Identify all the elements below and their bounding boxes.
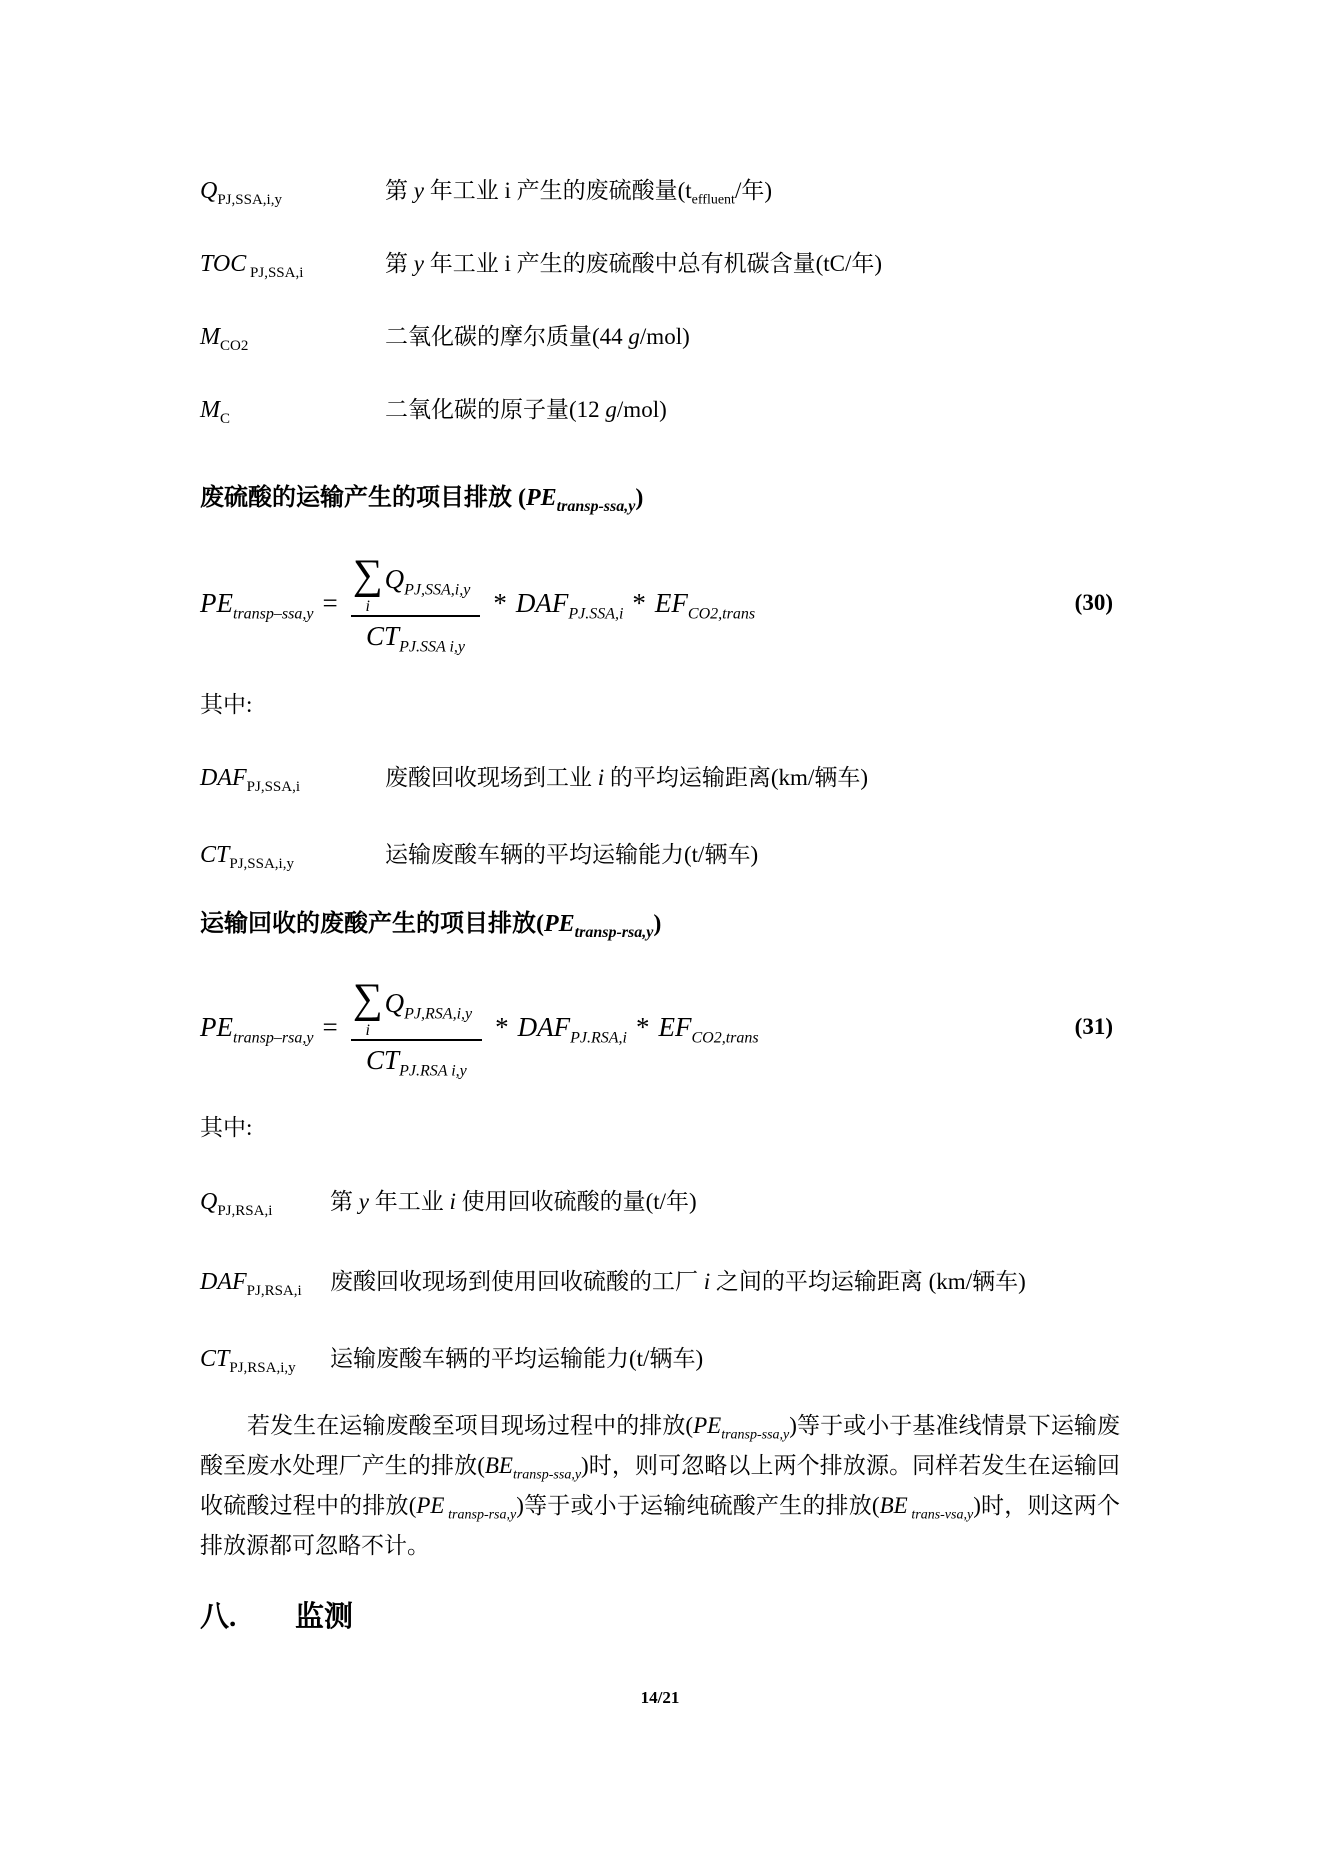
italic-run: i bbox=[598, 765, 604, 790]
sigma-symbol: ∑ bbox=[353, 554, 383, 596]
section-number: 八. bbox=[200, 1598, 295, 1636]
italic-run: g bbox=[605, 397, 617, 422]
denominator-symbol: CT bbox=[366, 621, 399, 651]
definition-row: DAFPJ,RSA,i 废酸回收现场到使用回收硫酸的工厂 i 之间的平均运输距离… bbox=[200, 1263, 1120, 1301]
term-subscript: PJ,RSA,i bbox=[247, 1283, 302, 1299]
section-title: 监测 bbox=[295, 1598, 353, 1636]
definition-row: TOC PJ,SSA,i 第 y 年工业 i 产生的废硫酸中总有机碳含量(tC/… bbox=[200, 249, 1120, 279]
heading-pe-transp-ssa: 废硫酸的运输产生的项目排放 (PEtransp-ssa,y) bbox=[200, 482, 1120, 514]
italic-run: i bbox=[704, 1269, 710, 1294]
term-symbol: M bbox=[200, 324, 220, 350]
fraction-denominator: CTPJ.SSA i,y bbox=[366, 617, 465, 652]
definition-term: MCO2 bbox=[200, 322, 385, 352]
definition-term: CTPJ,SSA,i,y bbox=[200, 840, 385, 870]
inline-math: PEtransp-ssa,y bbox=[693, 1413, 789, 1438]
denominator-subscript: PJ.RSA i,y bbox=[399, 1062, 467, 1079]
factor-ef: EFCO2,trans bbox=[655, 588, 755, 619]
definition-description: 第 y 年工业 i 产生的废硫酸中总有机碳含量(tC/年) bbox=[385, 249, 1120, 279]
numerator-symbol: Q bbox=[385, 988, 405, 1018]
definition-term: QPJ,RSA,i bbox=[200, 1187, 330, 1217]
definition-term: QPJ,SSA,i,y bbox=[200, 176, 385, 206]
inline-math: PEtransp-rsa,y bbox=[544, 911, 653, 937]
definition-term: CTPJ,RSA,i,y bbox=[200, 1344, 330, 1374]
term-symbol: Q bbox=[200, 178, 217, 204]
equals-sign: = bbox=[322, 588, 337, 619]
sigma-index: i bbox=[365, 1023, 369, 1039]
factor-symbol: DAF bbox=[516, 588, 568, 618]
document-page-body: { "document": { "footer_page_number": "1… bbox=[0, 0, 1323, 1871]
definition-term: DAFPJ,RSA,i bbox=[200, 1263, 330, 1301]
factor-subscript: CO2,trans bbox=[691, 1029, 758, 1046]
definition-row: CTPJ,RSA,i,y 运输废酸车辆的平均运输能力(t/辆车) bbox=[200, 1344, 1120, 1374]
italic-run: y bbox=[359, 1189, 369, 1214]
term-symbol: DAF bbox=[200, 1269, 247, 1295]
definition-description: 运输废酸车辆的平均运输能力(t/辆车) bbox=[385, 840, 1120, 870]
italic-run: y bbox=[414, 178, 424, 203]
lhs-subscript: transp–rsa,y bbox=[233, 1029, 313, 1046]
lhs-subscript: transp–ssa,y bbox=[233, 605, 313, 622]
definition-row: MCO2 二氧化碳的摩尔质量(44 g/mol) bbox=[200, 322, 1120, 352]
equation-lhs: PEtransp–ssa,y bbox=[200, 588, 313, 619]
sigma-symbol: ∑ bbox=[353, 978, 383, 1020]
summation: ∑ i bbox=[353, 554, 383, 615]
equation-number: (31) bbox=[1075, 1014, 1113, 1040]
term-symbol: TOC bbox=[200, 251, 246, 277]
multiplication-sign: * bbox=[636, 1012, 650, 1043]
term-subscript: CO2 bbox=[220, 338, 248, 354]
factor-ef: EFCO2,trans bbox=[658, 1012, 758, 1043]
term-subscript: PJ,RSA,i bbox=[217, 1203, 272, 1219]
italic-run: i bbox=[449, 1189, 455, 1214]
term-symbol: DAF bbox=[200, 765, 247, 791]
multiplication-sign: * bbox=[632, 588, 646, 619]
definition-description: 二氧化碳的原子量(12 g/mol) bbox=[385, 395, 1120, 425]
equation-30: PEtransp–ssa,y = ∑ i QPJ,SSA,i,y CTPJ.SS… bbox=[200, 554, 1120, 652]
multiplication-sign: * bbox=[493, 588, 507, 619]
term-symbol: CT bbox=[200, 842, 229, 868]
factor-subscript: CO2,trans bbox=[688, 605, 755, 622]
equation-lhs: PEtransp–rsa,y bbox=[200, 1012, 313, 1043]
term-subscript: PJ,SSA,i bbox=[246, 265, 303, 281]
inline-math: PE transp-rsa,y bbox=[416, 1493, 516, 1518]
term-subscript: C bbox=[220, 411, 230, 427]
wherein-label: 其中: bbox=[200, 690, 1120, 720]
term-subscript: PJ,RSA,i,y bbox=[229, 1360, 295, 1376]
lhs-symbol: PE bbox=[200, 1012, 233, 1042]
factor-symbol: EF bbox=[655, 588, 688, 618]
numerator-symbol: Q bbox=[385, 564, 405, 594]
note-paragraph: 若发生在运输废酸至项目现场过程中的排放(PEtransp-ssa,y)等于或小于… bbox=[200, 1406, 1120, 1566]
denominator-symbol: CT bbox=[366, 1045, 399, 1075]
definition-term: MC bbox=[200, 395, 385, 425]
term-symbol: Q bbox=[200, 1189, 217, 1215]
fraction: ∑ i QPJ,RSA,i,y CTPJ.RSA i,y bbox=[351, 978, 482, 1076]
factor-symbol: DAF bbox=[518, 1012, 570, 1042]
definition-row: MC 二氧化碳的原子量(12 g/mol) bbox=[200, 395, 1120, 425]
definition-term: TOC PJ,SSA,i bbox=[200, 249, 385, 279]
factor-daf: DAFPJ.SSA,i bbox=[516, 588, 624, 619]
term-subscript: PJ,SSA,i,y bbox=[229, 856, 294, 872]
summation: ∑ i bbox=[353, 978, 383, 1039]
equation-31-body: PEtransp–rsa,y = ∑ i QPJ,RSA,i,y CTPJ.RS… bbox=[200, 978, 759, 1076]
inline-math: PEtransp-ssa,y bbox=[526, 485, 635, 511]
definition-description: 二氧化碳的摩尔质量(44 g/mol) bbox=[385, 322, 1120, 352]
equals-sign: = bbox=[322, 1012, 337, 1043]
definition-row: QPJ,SSA,i,y 第 y 年工业 i 产生的废硫酸量(teffluent/… bbox=[200, 176, 1120, 206]
fraction-numerator: ∑ i QPJ,SSA,i,y bbox=[351, 554, 481, 617]
definition-row: DAFPJ,SSA,i 废酸回收现场到工业 i 的平均运输距离(km/辆车) bbox=[200, 763, 1120, 793]
denominator-subscript: PJ.SSA i,y bbox=[399, 638, 465, 655]
sigma-index: i bbox=[365, 599, 369, 615]
equation-number: (30) bbox=[1075, 590, 1113, 616]
factor-daf: DAFPJ.RSA,i bbox=[518, 1012, 627, 1043]
denominator-variable: CTPJ.RSA i,y bbox=[366, 1045, 467, 1075]
numerator-variable: QPJ,RSA,i,y bbox=[385, 988, 472, 1019]
section-heading-monitoring: 八. 监测 bbox=[200, 1598, 1120, 1636]
factor-subscript: PJ.RSA,i bbox=[570, 1029, 627, 1046]
italic-run: y bbox=[414, 251, 424, 276]
definition-term: DAFPJ,SSA,i bbox=[200, 763, 385, 793]
definition-description: 第 y 年工业 i 产生的废硫酸量(teffluent/年) bbox=[385, 176, 1120, 206]
fraction-denominator: CTPJ.RSA i,y bbox=[366, 1041, 467, 1076]
denominator-variable: CTPJ.SSA i,y bbox=[366, 621, 465, 651]
numerator-variable: QPJ,SSA,i,y bbox=[385, 564, 471, 595]
term-symbol: CT bbox=[200, 1346, 229, 1372]
inline-math: BEtransp-ssa,y bbox=[485, 1453, 581, 1478]
equation-30-body: PEtransp–ssa,y = ∑ i QPJ,SSA,i,y CTPJ.SS… bbox=[200, 554, 755, 652]
subscript-run: effluent bbox=[692, 193, 735, 208]
term-subscript: PJ,SSA,i bbox=[247, 779, 300, 795]
lhs-symbol: PE bbox=[200, 588, 233, 618]
definition-row: QPJ,RSA,i 第 y 年工业 i 使用回收硫酸的量(t/年) bbox=[200, 1187, 1120, 1217]
inline-math: BE trans-vsa,y bbox=[880, 1493, 974, 1518]
definition-row: CTPJ,SSA,i,y 运输废酸车辆的平均运输能力(t/辆车) bbox=[200, 840, 1120, 870]
fraction-numerator: ∑ i QPJ,RSA,i,y bbox=[351, 978, 482, 1041]
italic-run: g bbox=[628, 324, 640, 349]
page-number: 14/21 bbox=[200, 1688, 1120, 1708]
heading-pe-transp-rsa: 运输回收的废酸产生的项目排放(PEtransp-rsa,y) bbox=[200, 908, 1120, 940]
wherein-label: 其中: bbox=[200, 1113, 1120, 1143]
factor-symbol: EF bbox=[658, 1012, 691, 1042]
document-page: QPJ,SSA,i,y 第 y 年工业 i 产生的废硫酸量(teffluent/… bbox=[0, 0, 1323, 1871]
factor-subscript: PJ.SSA,i bbox=[568, 605, 623, 622]
term-subscript: PJ,SSA,i,y bbox=[217, 192, 282, 208]
fraction: ∑ i QPJ,SSA,i,y CTPJ.SSA i,y bbox=[351, 554, 481, 652]
definition-description: 废酸回收现场到使用回收硫酸的工厂 i 之间的平均运输距离 (km/辆车) bbox=[330, 1263, 1120, 1301]
numerator-subscript: PJ,RSA,i,y bbox=[404, 1005, 472, 1022]
multiplication-sign: * bbox=[495, 1012, 509, 1043]
root: html, body { margin: 0; padding: 0; back… bbox=[0, 0, 1323, 1871]
definition-description: 运输废酸车辆的平均运输能力(t/辆车) bbox=[330, 1344, 1120, 1374]
definition-description: 第 y 年工业 i 使用回收硫酸的量(t/年) bbox=[330, 1187, 1120, 1217]
equation-31: PEtransp–rsa,y = ∑ i QPJ,RSA,i,y CTPJ.RS… bbox=[200, 978, 1120, 1076]
numerator-subscript: PJ,SSA,i,y bbox=[404, 581, 470, 598]
term-symbol: M bbox=[200, 397, 220, 423]
definition-description: 废酸回收现场到工业 i 的平均运输距离(km/辆车) bbox=[385, 763, 1120, 793]
